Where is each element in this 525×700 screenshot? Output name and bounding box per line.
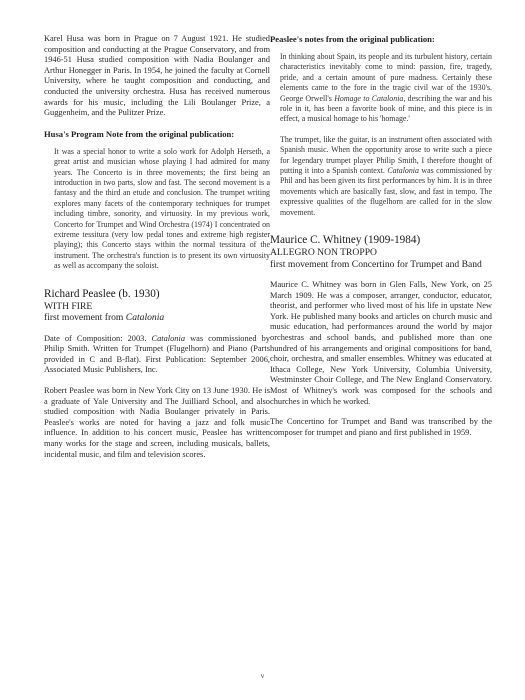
work-title: Catalonia bbox=[152, 334, 186, 343]
whitney-piece-heading: Maurice C. Whitney (1909-1984) ALLEGRO N… bbox=[270, 234, 492, 270]
subtitle-prefix: first movement from bbox=[44, 312, 126, 323]
page-number: v bbox=[0, 672, 525, 680]
whitney-note: The Concertino for Trumpet and Band was … bbox=[270, 417, 492, 438]
piece-subtitle: first movement from Catalonia bbox=[44, 312, 270, 324]
peaslee-note-2: The trumpet, like the guitar, is an inst… bbox=[280, 135, 492, 218]
piece-subtitle: first movement from Concertino for Trump… bbox=[270, 259, 492, 271]
husa-note-heading: Husa's Program Note from the original pu… bbox=[44, 129, 270, 140]
piece-title: WITH FIRE bbox=[44, 301, 270, 313]
peaslee-bio: Robert Peaslee was born in New York City… bbox=[44, 386, 270, 460]
book-title: Homage to Catalonia bbox=[334, 94, 403, 103]
work-title: Catalonia bbox=[126, 312, 164, 323]
left-column: Karel Husa was born in Prague on 7 Augus… bbox=[44, 34, 270, 460]
composer-name: Richard Peaslee (b. 1930) bbox=[44, 288, 270, 301]
peaslee-details: Date of Composition: 2003. Catalonia was… bbox=[44, 334, 270, 376]
peaslee-note-1: In thinking about Spain, its people and … bbox=[280, 52, 492, 125]
details-prefix: Date of Composition: 2003. bbox=[44, 334, 152, 343]
husa-bio: Karel Husa was born in Prague on 7 Augus… bbox=[44, 34, 270, 119]
peaslee-piece-heading: Richard Peaslee (b. 1930) WITH FIRE firs… bbox=[44, 288, 270, 324]
composer-name: Maurice C. Whitney (1909-1984) bbox=[270, 234, 492, 247]
right-column: Peaslee's notes from the original public… bbox=[270, 34, 492, 438]
peaslee-note-heading: Peaslee's notes from the original public… bbox=[270, 34, 492, 45]
whitney-bio: Maurice C. Whitney was born in Glen Fall… bbox=[270, 280, 492, 407]
work-title: Catalonia bbox=[387, 166, 419, 175]
piece-title: ALLEGRO NON TROPPO bbox=[270, 247, 492, 259]
husa-program-note: It was a special honor to write a solo w… bbox=[54, 147, 270, 272]
